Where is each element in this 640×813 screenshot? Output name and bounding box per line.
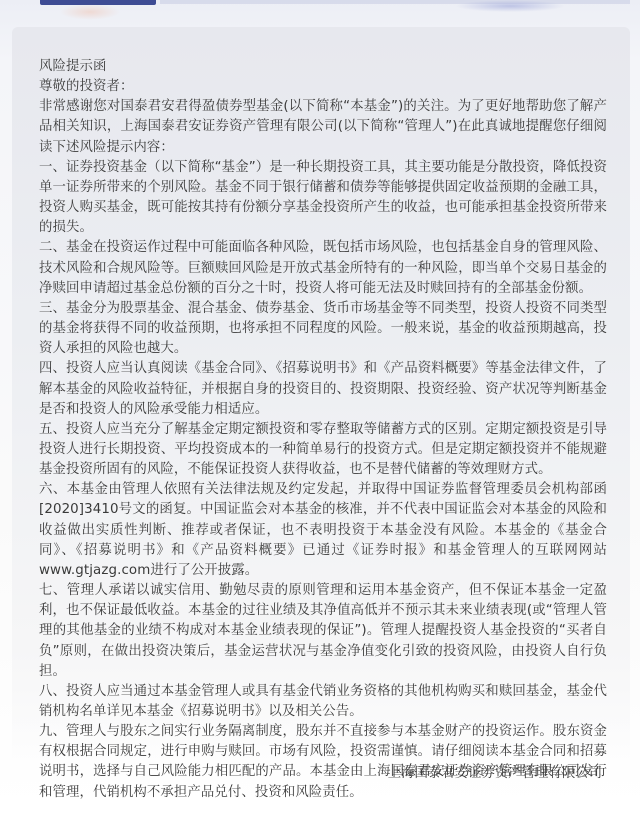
decorative-blob — [455, 0, 565, 12]
header-decoration — [0, 0, 640, 30]
intro-paragraph: 非常感谢您对国泰君安君得盈债券型基金(以下简称“本基金”)的关注。为了更好地帮助… — [39, 97, 607, 157]
risk-item-2: 二、基金在投资运作过程中可能面临各种风险，既包括市场风险，也包括基金自身的管理风… — [39, 238, 607, 298]
risk-item-7: 七、管理人承诺以诚实信用、勤勉尽责的原则管理和运用本基金资产，但不保证本基金一定… — [39, 581, 607, 682]
risk-item-8: 八、投资人应当通过本基金管理人或具有基金代销业务资格的其他机构购买和赎回基金，基… — [39, 682, 607, 722]
risk-item-3: 三、基金分为股票基金、混合基金、债券基金、货币市场基金等不同类型，投资人投资不同… — [39, 299, 607, 359]
risk-item-6: 六、本基金由管理人依照有关法律法规及约定发起，并取得中国证券监督管理委员会机构部… — [39, 480, 607, 581]
risk-item-1: 一、证券投资基金（以下简称“基金”）是一种长期投资工具，其主要功能是分散投资，降… — [39, 158, 607, 239]
risk-notice-content: 风险提示函 尊敬的投资者： 非常感谢您对国泰君安君得盈债券型基金(以下简称“本基… — [39, 57, 607, 803]
company-signature: 上海国泰君安证券资产管理有限公司 — [388, 762, 602, 781]
decorative-blob — [60, 4, 120, 20]
risk-item-5: 五、投资人应当充分了解基金定期定额投资和零存整取等储蓄方式的区别。定期定额投资是… — [39, 420, 607, 480]
risk-item-4: 四、投资人应当认真阅读《基金合同》、《招募说明书》和《产品资料概要》等基金法律文… — [39, 359, 607, 419]
salutation: 尊敬的投资者： — [39, 77, 607, 97]
document-title: 风险提示函 — [39, 57, 607, 77]
